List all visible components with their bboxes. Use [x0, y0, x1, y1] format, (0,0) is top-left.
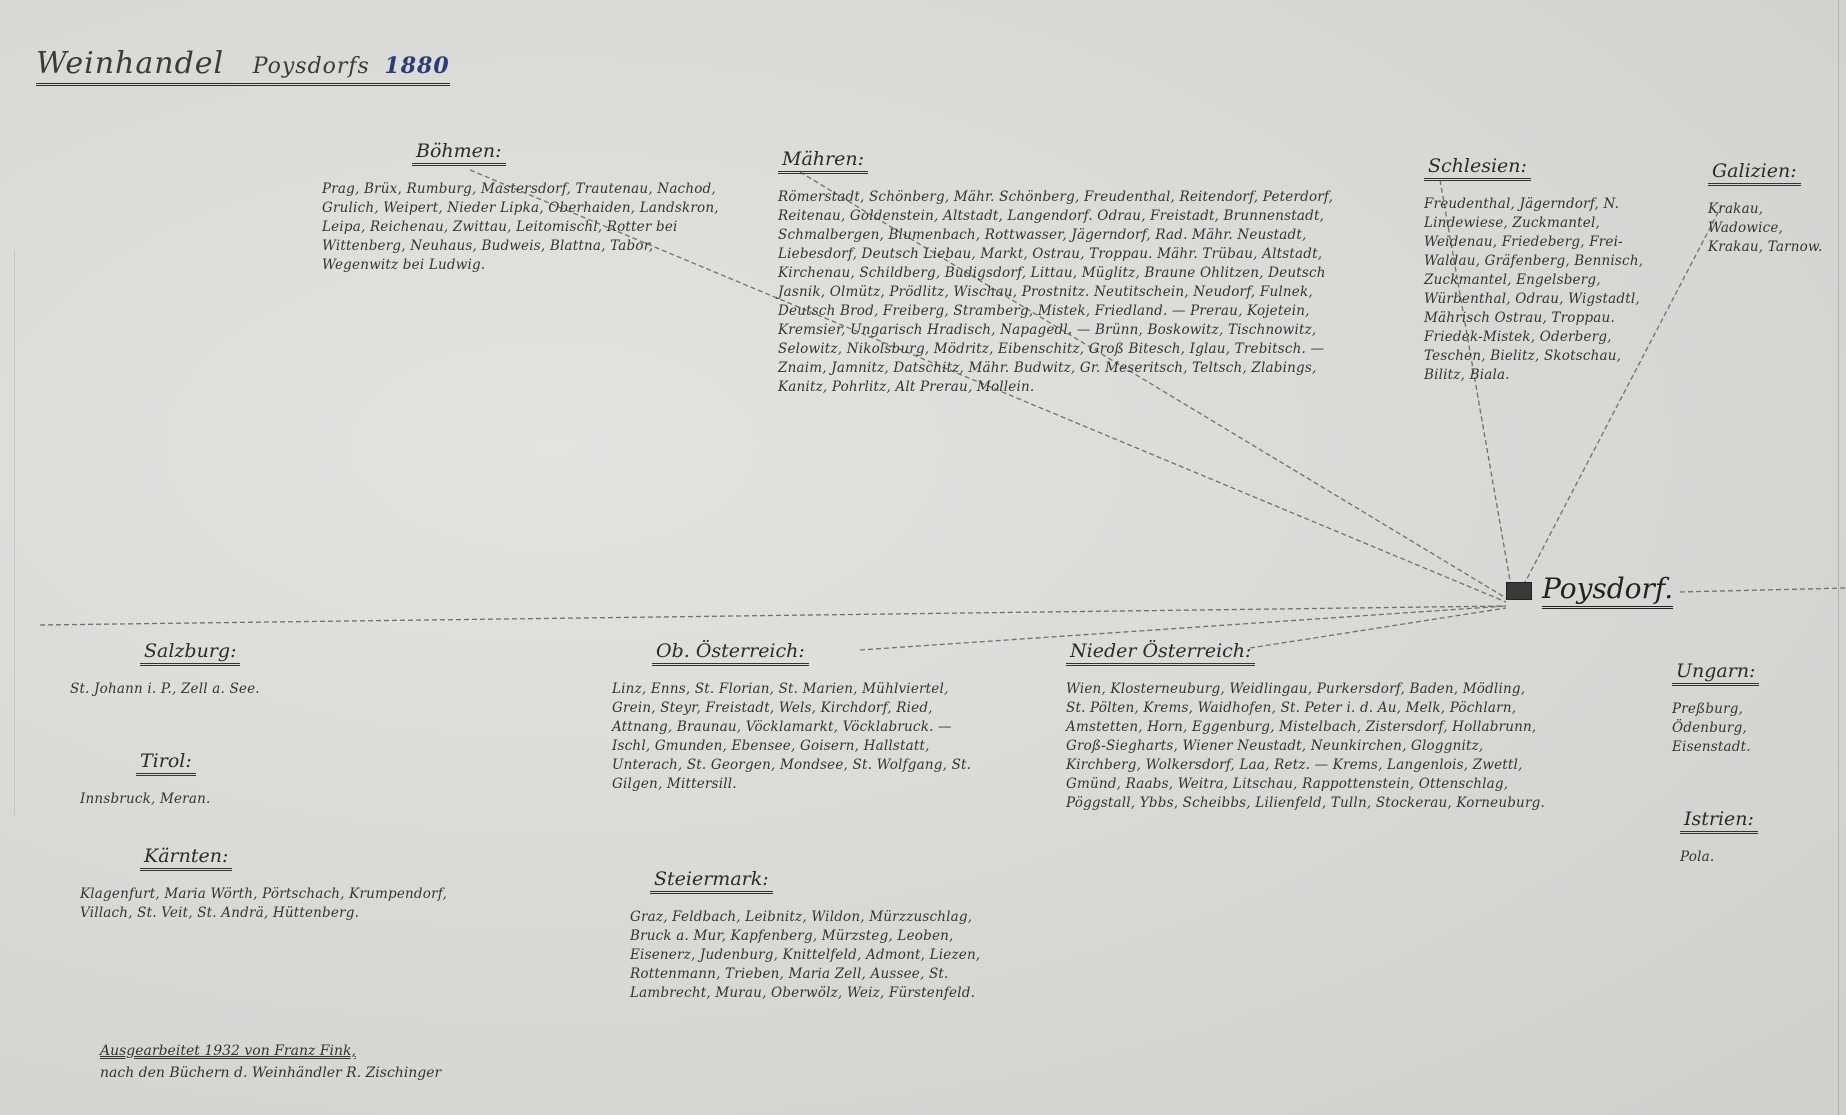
- author-note-line-1: Ausgearbeitet 1932 von Franz Fink,: [100, 1040, 441, 1062]
- region-galizien: Galizien: Krakau, Wadowice, Krakau, Tarn…: [1708, 160, 1828, 257]
- region-places: Krakau, Wadowice, Krakau, Tarnow.: [1708, 200, 1828, 257]
- region-places: Römerstadt, Schönberg, Mähr. Schönberg, …: [778, 188, 1358, 397]
- title-year: 1880: [384, 53, 449, 79]
- route-west: [40, 606, 1506, 625]
- region-places: Freudenthal, Jägerndorf, N. Lindewiese, …: [1424, 195, 1654, 385]
- region-heading: Tirol:: [136, 750, 196, 776]
- route-east: [1680, 588, 1846, 592]
- region-heading: Ob. Österreich:: [652, 640, 809, 666]
- region-niederoesterreich: Nieder Österreich: Wien, Klosterneuburg,…: [1066, 640, 1546, 813]
- author-note-line-2: nach den Büchern d. Weinhändler R. Zisch…: [100, 1062, 441, 1084]
- region-places: Innsbruck, Meran.: [80, 790, 380, 809]
- poysdorf-hub: Poysdorf.: [1506, 572, 1673, 609]
- poysdorf-marker-icon: [1506, 582, 1532, 600]
- region-places: Linz, Enns, St. Florian, St. Marien, Müh…: [612, 680, 972, 794]
- region-heading: Ungarn:: [1672, 660, 1759, 686]
- region-heading: Mähren:: [778, 148, 868, 174]
- region-places: Klagenfurt, Maria Wörth, Pörtschach, Kru…: [80, 885, 460, 923]
- region-heading: Kärnten:: [140, 845, 232, 871]
- region-schlesien: Schlesien: Freudenthal, Jägerndorf, N. L…: [1424, 155, 1654, 385]
- region-heading: Salzburg:: [140, 640, 240, 666]
- region-oberoesterreich: Ob. Österreich: Linz, Enns, St. Florian,…: [612, 640, 972, 794]
- region-heading: Istrien:: [1680, 808, 1758, 834]
- title-text: Weinhandel: [36, 46, 224, 81]
- region-places: St. Johann i. P., Zell a. See.: [70, 680, 390, 699]
- region-maehren: Mähren: Römerstadt, Schönberg, Mähr. Sch…: [778, 148, 1358, 397]
- document-title: Weinhandel Poysdorfs 1880: [36, 46, 450, 86]
- region-places: Graz, Feldbach, Leibnitz, Wildon, Mürzzu…: [630, 908, 990, 1003]
- region-heading: Nieder Österreich:: [1066, 640, 1255, 666]
- region-heading: Galizien:: [1708, 160, 1801, 186]
- region-heading: Steiermark:: [650, 868, 773, 894]
- region-heading: Schlesien:: [1424, 155, 1531, 181]
- region-tirol: Tirol: Innsbruck, Meran.: [80, 750, 380, 809]
- poysdorf-label: Poysdorf.: [1542, 572, 1673, 609]
- region-places: Prag, Brüx, Rumburg, Mastersdorf, Traute…: [322, 180, 722, 275]
- region-boehmen: Böhmen: Prag, Brüx, Rumburg, Mastersdorf…: [322, 140, 722, 275]
- author-note: Ausgearbeitet 1932 von Franz Fink, nach …: [100, 1040, 441, 1084]
- region-places: Wien, Klosterneuburg, Weidlingau, Purker…: [1066, 680, 1546, 813]
- region-heading: Böhmen:: [412, 140, 506, 166]
- region-ungarn: Ungarn: Preßburg, Ödenburg, Eisenstadt.: [1672, 660, 1802, 757]
- title-subtitle: Poysdorfs: [253, 54, 370, 79]
- region-places: Pola.: [1680, 848, 1800, 867]
- region-salzburg: Salzburg: St. Johann i. P., Zell a. See.: [70, 640, 390, 699]
- region-steiermark: Steiermark: Graz, Feldbach, Leibnitz, Wi…: [630, 868, 990, 1003]
- region-places: Preßburg, Ödenburg, Eisenstadt.: [1672, 700, 1802, 757]
- region-kaernten: Kärnten: Klagenfurt, Maria Wörth, Pörtsc…: [80, 845, 460, 923]
- region-istrien: Istrien: Pola.: [1680, 808, 1800, 867]
